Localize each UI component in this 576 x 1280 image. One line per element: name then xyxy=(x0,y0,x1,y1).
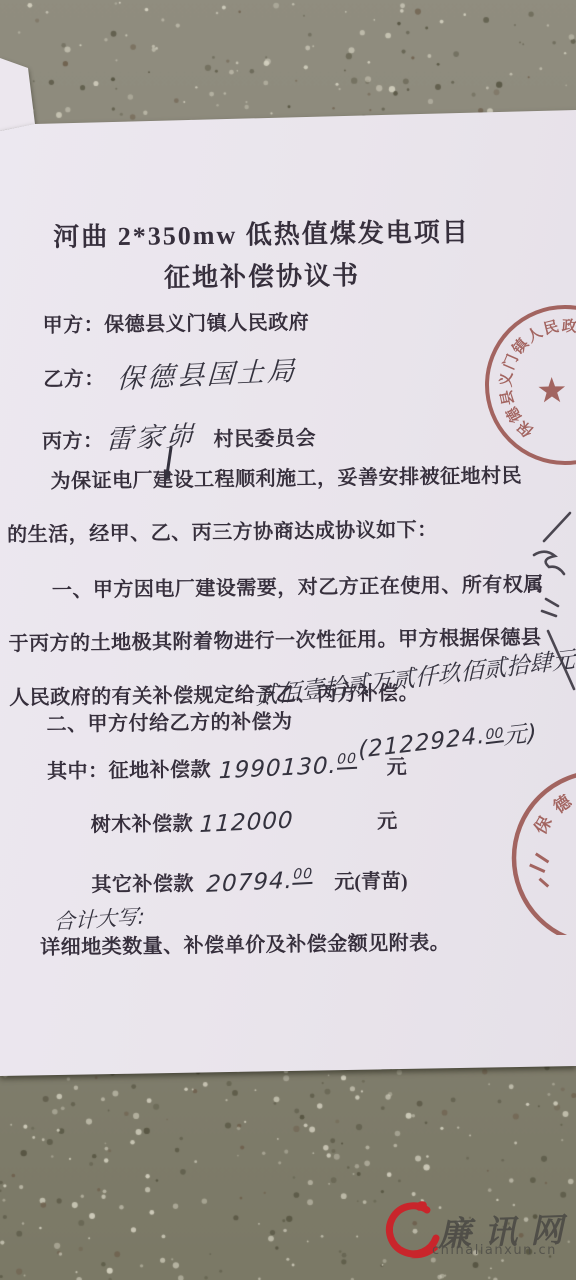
compensation-item-row: 树木补偿款 112000 元 xyxy=(91,805,398,838)
round-seal-top-right: 保 德 县 义 门 镇 人 民 政 府 xyxy=(470,295,576,485)
item1-digits: 1990130. xyxy=(218,753,337,785)
amount-numeric-close: 元) xyxy=(503,714,538,751)
item2-unit: 元 xyxy=(377,811,397,833)
seal-char: 德 xyxy=(549,790,576,818)
item1-cents: 00 xyxy=(337,751,358,770)
document-content: 河曲 2*350mw 低热值煤发电项目 征地补偿协议书 甲方：保德县义门镇人民政… xyxy=(0,0,576,1280)
item3-digits: 20794. xyxy=(205,868,293,898)
handwriting-fragment xyxy=(520,495,576,695)
item1-value: 1990130.00 xyxy=(218,752,357,784)
seal-char: 义 xyxy=(497,371,516,388)
paragraph2-line2: 于丙方的土地极其附着物进行一次性征用。甲方根据保德县 xyxy=(8,621,541,657)
compensation-item-row: 其它补偿款 20794.00 元(青苗) xyxy=(91,865,407,898)
party-b-line: 乙方： 保德县国土局 xyxy=(43,352,297,394)
document-title-line1: 河曲 2*350mw 低热值煤发电项目 xyxy=(0,211,550,255)
item3-cents: 00 xyxy=(292,866,313,885)
party-a-line: 甲方：保德县义门镇人民政府 xyxy=(42,306,309,338)
party-c-suffix: 村民委员会 xyxy=(213,428,316,451)
footer-line: 详细地类数量、补偿单价及补偿金额见附表。 xyxy=(40,926,450,960)
paragraph1-line2: 的生活，经甲、乙、丙三方协商达成协议如下： xyxy=(7,513,438,547)
seal-char: 保 xyxy=(530,813,557,838)
document-title-line2: 征地补偿协议书 xyxy=(0,253,550,297)
item1-label: 其中：征地补偿款 xyxy=(47,759,211,783)
photo-stage: 河曲 2*350mw 低热值煤发电项目 征地补偿协议书 甲方：保德县义门镇人民政… xyxy=(0,0,576,1280)
seal-char: 民 xyxy=(542,317,561,338)
seal-star-icon xyxy=(535,374,567,407)
item2-digits: 112000 xyxy=(199,808,294,838)
party-b-handwritten-name: 保德县国土局 xyxy=(116,349,298,396)
item2-label: 树木补偿款 xyxy=(91,813,194,836)
party-a-name: 保德县义门镇人民政府 xyxy=(104,312,309,337)
paragraph2-line1: 一、甲方因电厂建设需要，对乙方正在使用、所有权属 xyxy=(52,568,544,603)
seal-char: 政 xyxy=(561,317,576,336)
item2-value: 112000 xyxy=(199,807,308,838)
compensation-item-row: 其中：征地补偿款 1990130.00 元 xyxy=(47,751,407,784)
amount-numeric-cents: 00 xyxy=(485,726,503,744)
paragraph1-line1: 为保证电厂建设工程顺利施工，妥善安排被征地村民 xyxy=(50,459,522,494)
round-seal-lower-right: 保 德 县 xyxy=(478,765,576,935)
party-c-line: 丙方：雷家峁 村民委员会 xyxy=(42,414,316,456)
party-a-label: 甲方： xyxy=(42,314,104,337)
party-c-label: 丙方： xyxy=(42,430,104,453)
site-logo-icon xyxy=(380,1198,442,1270)
site-url: chinalianxun.cn xyxy=(432,1243,557,1258)
party-c-handwritten-name: 雷家峁 xyxy=(105,414,197,457)
party-b-label: 乙方： xyxy=(43,368,105,391)
item3-label: 其它补偿款 xyxy=(91,873,194,896)
seal-char: 县 xyxy=(497,388,518,406)
item3-value: 20794.00 xyxy=(205,867,313,898)
item3-unit: 元(青苗) xyxy=(334,871,408,894)
item1-unit: 元 xyxy=(387,757,407,779)
